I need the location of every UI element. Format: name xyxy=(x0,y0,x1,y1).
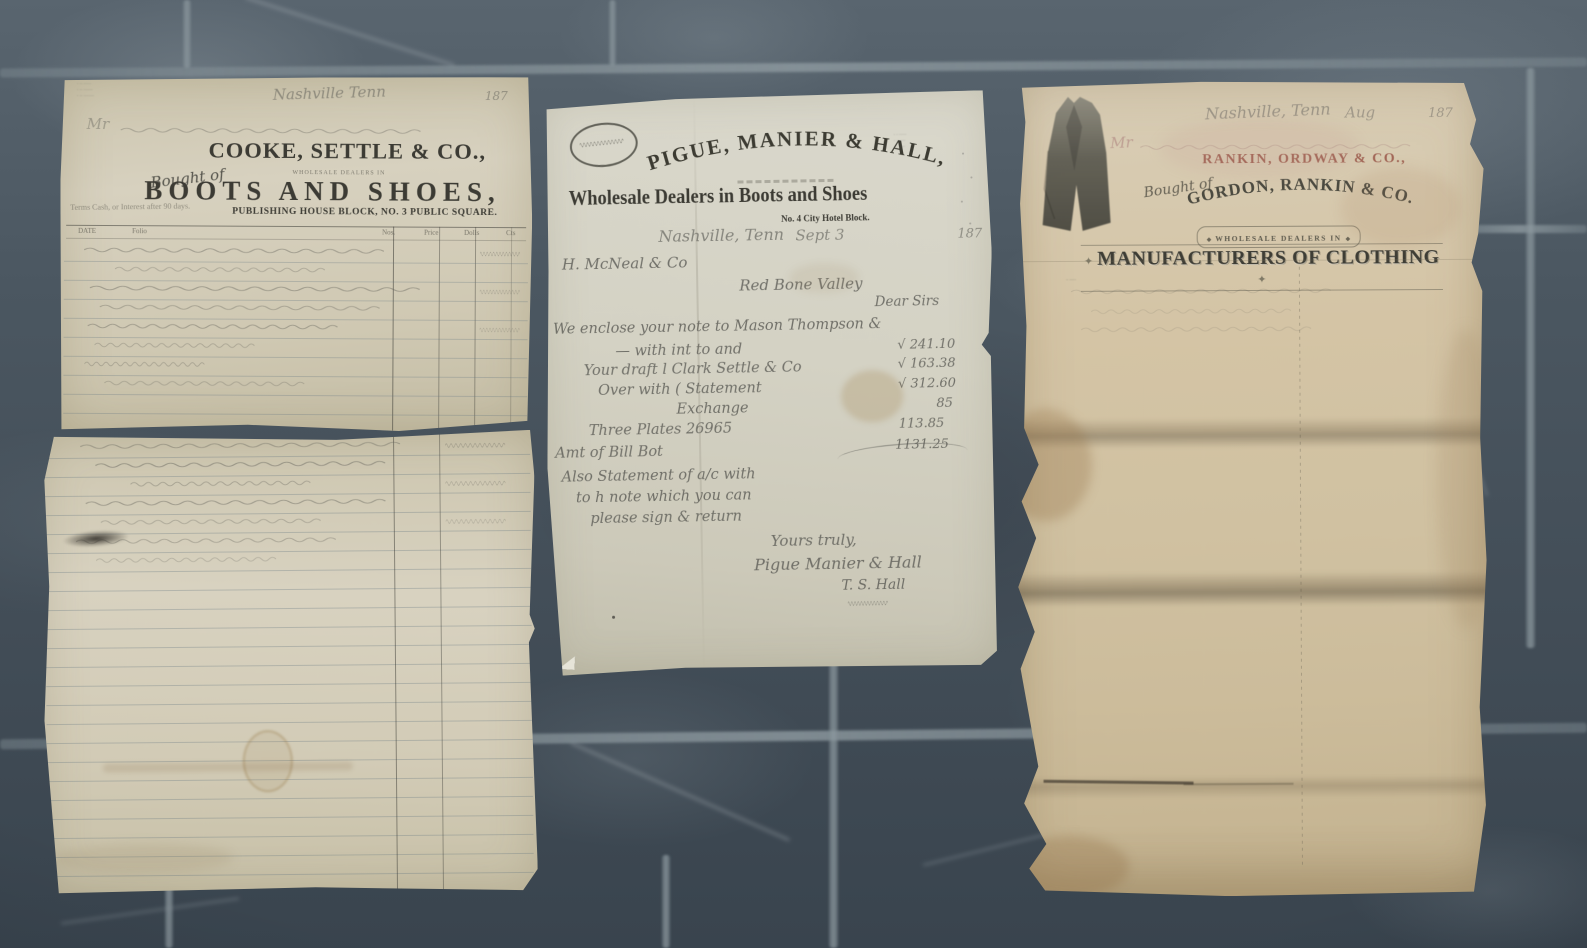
corner-note: ·· ······ xyxy=(1066,277,1076,283)
fold-crease xyxy=(1014,775,1492,800)
column-header-dolls: Dolls xyxy=(464,229,479,237)
handwriting-scribble xyxy=(96,554,276,566)
handwritten-year: 187 xyxy=(485,89,508,103)
handwriting-scribble xyxy=(480,325,520,335)
grout-line xyxy=(662,855,670,948)
fold-crease xyxy=(1012,571,1490,608)
letter-line: please sign & return xyxy=(590,509,742,528)
handwriting-scribble xyxy=(101,516,321,528)
letter-amount: 85 xyxy=(936,396,953,411)
handwriting-scribble xyxy=(445,478,505,489)
handwriting-scribble xyxy=(446,516,506,527)
grout-line xyxy=(609,0,616,66)
letter-line: — with int to and xyxy=(615,341,742,359)
svg-text:GORDON, RANKIN & CO.: GORDON, RANKIN & CO. xyxy=(1185,174,1416,208)
handwritten-addressee: Mr xyxy=(1110,133,1133,152)
handwriting-scribble xyxy=(84,359,204,370)
signature-flourish xyxy=(848,598,888,609)
letter-line: We enclose your note to Mason Thompson & xyxy=(553,316,882,338)
pigue-manier-hall-letter: PIGUE, MANIER & HALL, · · ····· · ······… xyxy=(541,90,999,676)
handwriting-scribble xyxy=(100,302,380,313)
letter-line: Your draft l Clark Settle & Co xyxy=(584,359,802,379)
terms-line: Terms Cash, or Interest after 90 days. xyxy=(70,201,190,211)
handwritten-dateline-year: 187 xyxy=(1428,106,1453,121)
partner-names: · · ····· · ······ · · ···· xyxy=(894,132,907,150)
handwriting-scribble xyxy=(1091,306,1291,317)
wholesale-dealers-line: Wholesale Dealers in Boots and Shoes xyxy=(569,182,868,211)
letter-salutation: Dear Sirs xyxy=(874,293,939,310)
arched-old-company-name: GORDON, RANKIN & CO. xyxy=(1160,165,1440,218)
handwriting-scribble xyxy=(104,378,304,389)
handwriting-scribble xyxy=(84,245,384,257)
banner-ornament-right: ◆ xyxy=(1346,236,1351,242)
table-header-rule xyxy=(66,238,526,241)
cooke-settle-ledger-sheet xyxy=(40,430,538,896)
boots-and-shoes-line: BOOTS AND SHOES, xyxy=(144,175,501,208)
handwriting-scribble xyxy=(130,478,310,490)
handwriting-scribble xyxy=(95,340,255,351)
handwriting-scribble xyxy=(480,249,520,259)
letter-amount: √ 241.10 xyxy=(897,337,955,353)
cooke-settle-billhead-sheet: · ·· ····· · ·· ······ · ·· ······· Nash… xyxy=(59,75,533,435)
letter-amount: √ 312.60 xyxy=(898,376,956,392)
handwritten-dateline-year: 187 xyxy=(957,226,982,241)
pencil-mark xyxy=(969,222,971,224)
address-line: PUBLISHING HOUSE BLOCK, NO. 3 PUBLIC SQU… xyxy=(232,207,497,218)
product-panel: ✦ MANUFACTURERS OF CLOTHING ✦ xyxy=(1081,243,1443,292)
letter-line: Also Statement of a/c with xyxy=(561,466,755,485)
handwritten-dateline-city: Nashville, Tenn xyxy=(658,225,784,246)
grout-line xyxy=(1526,68,1535,648)
letter-line: Exchange xyxy=(676,400,748,417)
pencil-mark xyxy=(970,176,972,178)
letter-amount: 113.85 xyxy=(899,416,945,432)
letter-line: to h note which you can xyxy=(576,487,752,506)
letter-signature: Pigue Manier & Hall xyxy=(754,552,922,574)
letter-line: Over with ( Statement xyxy=(598,380,762,399)
letter-closing: Yours truly, xyxy=(771,531,857,550)
frock-coat-engraving xyxy=(1024,93,1125,244)
paper-stain xyxy=(841,370,904,423)
handwritten-addressee: Mr xyxy=(87,115,110,133)
letter-line: Amt of Bill Bot xyxy=(555,444,663,462)
handwritten-dateline: Nashville Tenn xyxy=(273,83,386,104)
handwriting-scribble xyxy=(445,440,505,451)
column-header-folio: Folio xyxy=(132,227,147,235)
letter-place: Red Bone Valley xyxy=(739,274,863,294)
ink-dot xyxy=(612,616,615,619)
letter-addressee: H. McNeal & Co xyxy=(562,253,688,273)
partner-name-line: · · ···· xyxy=(894,144,907,150)
letter-signature-secondary: T. S. Hall xyxy=(841,577,905,594)
letter-amount: √ 163.38 xyxy=(898,356,956,372)
arched-company-name: PIGUE, MANIER & HALL, xyxy=(621,108,972,188)
rankin-ordway-billhead: Nashville, Tenn Aug 187 Mr RANKIN, ORDWA… xyxy=(1010,79,1492,897)
product-ornament-right: ✦ xyxy=(1257,274,1266,286)
handwritten-dateline-city: Nashville, Tenn xyxy=(1205,99,1331,123)
partner-name-line: · ·· ······· xyxy=(77,93,94,99)
company-name: COOKE, SETTLE & CO., xyxy=(208,138,486,165)
banner-ornament-left: ◆ xyxy=(1207,237,1212,243)
pencil-mark xyxy=(962,153,964,155)
handwriting-scribble xyxy=(480,287,520,297)
fold-crease xyxy=(1012,417,1490,450)
photo-of-three-antique-billheads: · ·· ····· · ·· ······ · ·· ······· Nash… xyxy=(0,0,1587,948)
banner-text: WHOLESALE DEALERS IN xyxy=(1215,234,1341,244)
address-line: No. 4 City Hotel Block. xyxy=(781,212,870,224)
logo-script-squiggle xyxy=(579,136,624,151)
column-header-date: DATE xyxy=(78,227,96,235)
grout-line xyxy=(829,652,838,948)
handwriting-scribble xyxy=(1071,286,1331,297)
handwriting-scribble xyxy=(88,321,338,332)
grout-line xyxy=(183,0,191,68)
partner-names: · ·· ····· · ·· ······ · ·· ······· xyxy=(77,81,94,99)
handwriting-scribble xyxy=(121,125,421,137)
pencil-mark xyxy=(961,201,963,203)
handwritten-dateline-month: Aug xyxy=(1345,103,1375,121)
column-header-price: Price xyxy=(424,229,438,237)
product-line: MANUFACTURERS OF CLOTHING xyxy=(1097,246,1440,270)
handwriting-scribble xyxy=(1081,324,1311,335)
handwriting-scribble xyxy=(90,283,420,295)
handwritten-dateline-date: Sept 3 xyxy=(795,226,844,245)
handwriting-scribble xyxy=(115,264,325,275)
letter-line: Three Plates 26965 xyxy=(589,421,733,439)
